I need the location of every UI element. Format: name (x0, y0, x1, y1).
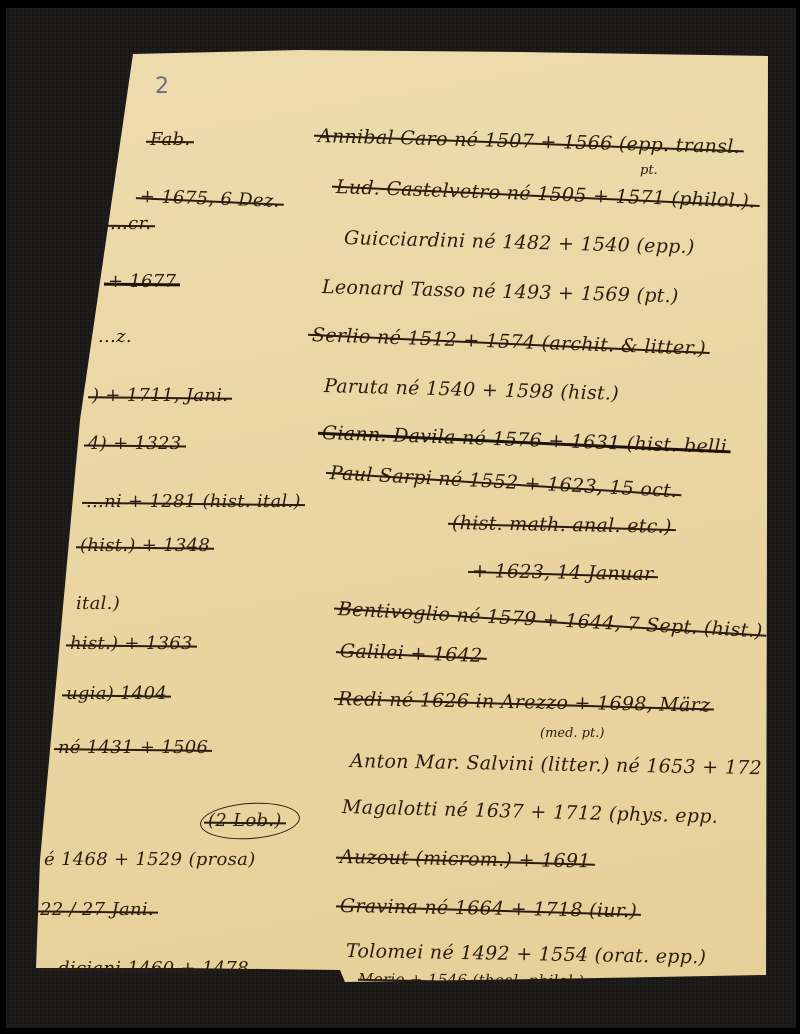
fragment-2-lob: (2 Lob.) (208, 810, 282, 831)
fragment-ital: ital.) (76, 592, 120, 614)
fragment-1348: (hist.) + 1348 (80, 534, 210, 556)
fragment-1363: hist.) + 1363 (70, 632, 193, 654)
fragment-1281: ...ni + 1281 (hist. ital.) (86, 490, 301, 512)
superscript-note: (med. pt.) (540, 726, 604, 741)
entry-sarpi-death: + 1623, 14 Januar (472, 560, 654, 585)
fragment-z: ...z. (98, 325, 132, 347)
fragment-1711: ) + 1711, Jani. (92, 384, 228, 406)
superscript-note: pt. (640, 163, 658, 178)
fragment-cr: ...cr. (110, 212, 151, 234)
entry-auzout: Auzout (microm.) + 1691 (340, 846, 591, 872)
fragment-1323: 4) + 1323 (88, 432, 182, 454)
fragment-27-jani: 22 / 27 Jani. (40, 898, 154, 920)
fragment-1677: + 1677 (108, 270, 176, 292)
fragment-1431: né 1431 + 1506 (58, 736, 208, 758)
page-number: 2 (155, 74, 169, 99)
fragment-1404: ugia) 1404 (66, 682, 167, 704)
entry-sarpi-subjects: (hist. math. anal. etc.) (452, 512, 672, 538)
fragment-fab: Fab. (150, 128, 190, 150)
fragment-1468: é 1468 + 1529 (prosa) (44, 848, 256, 870)
